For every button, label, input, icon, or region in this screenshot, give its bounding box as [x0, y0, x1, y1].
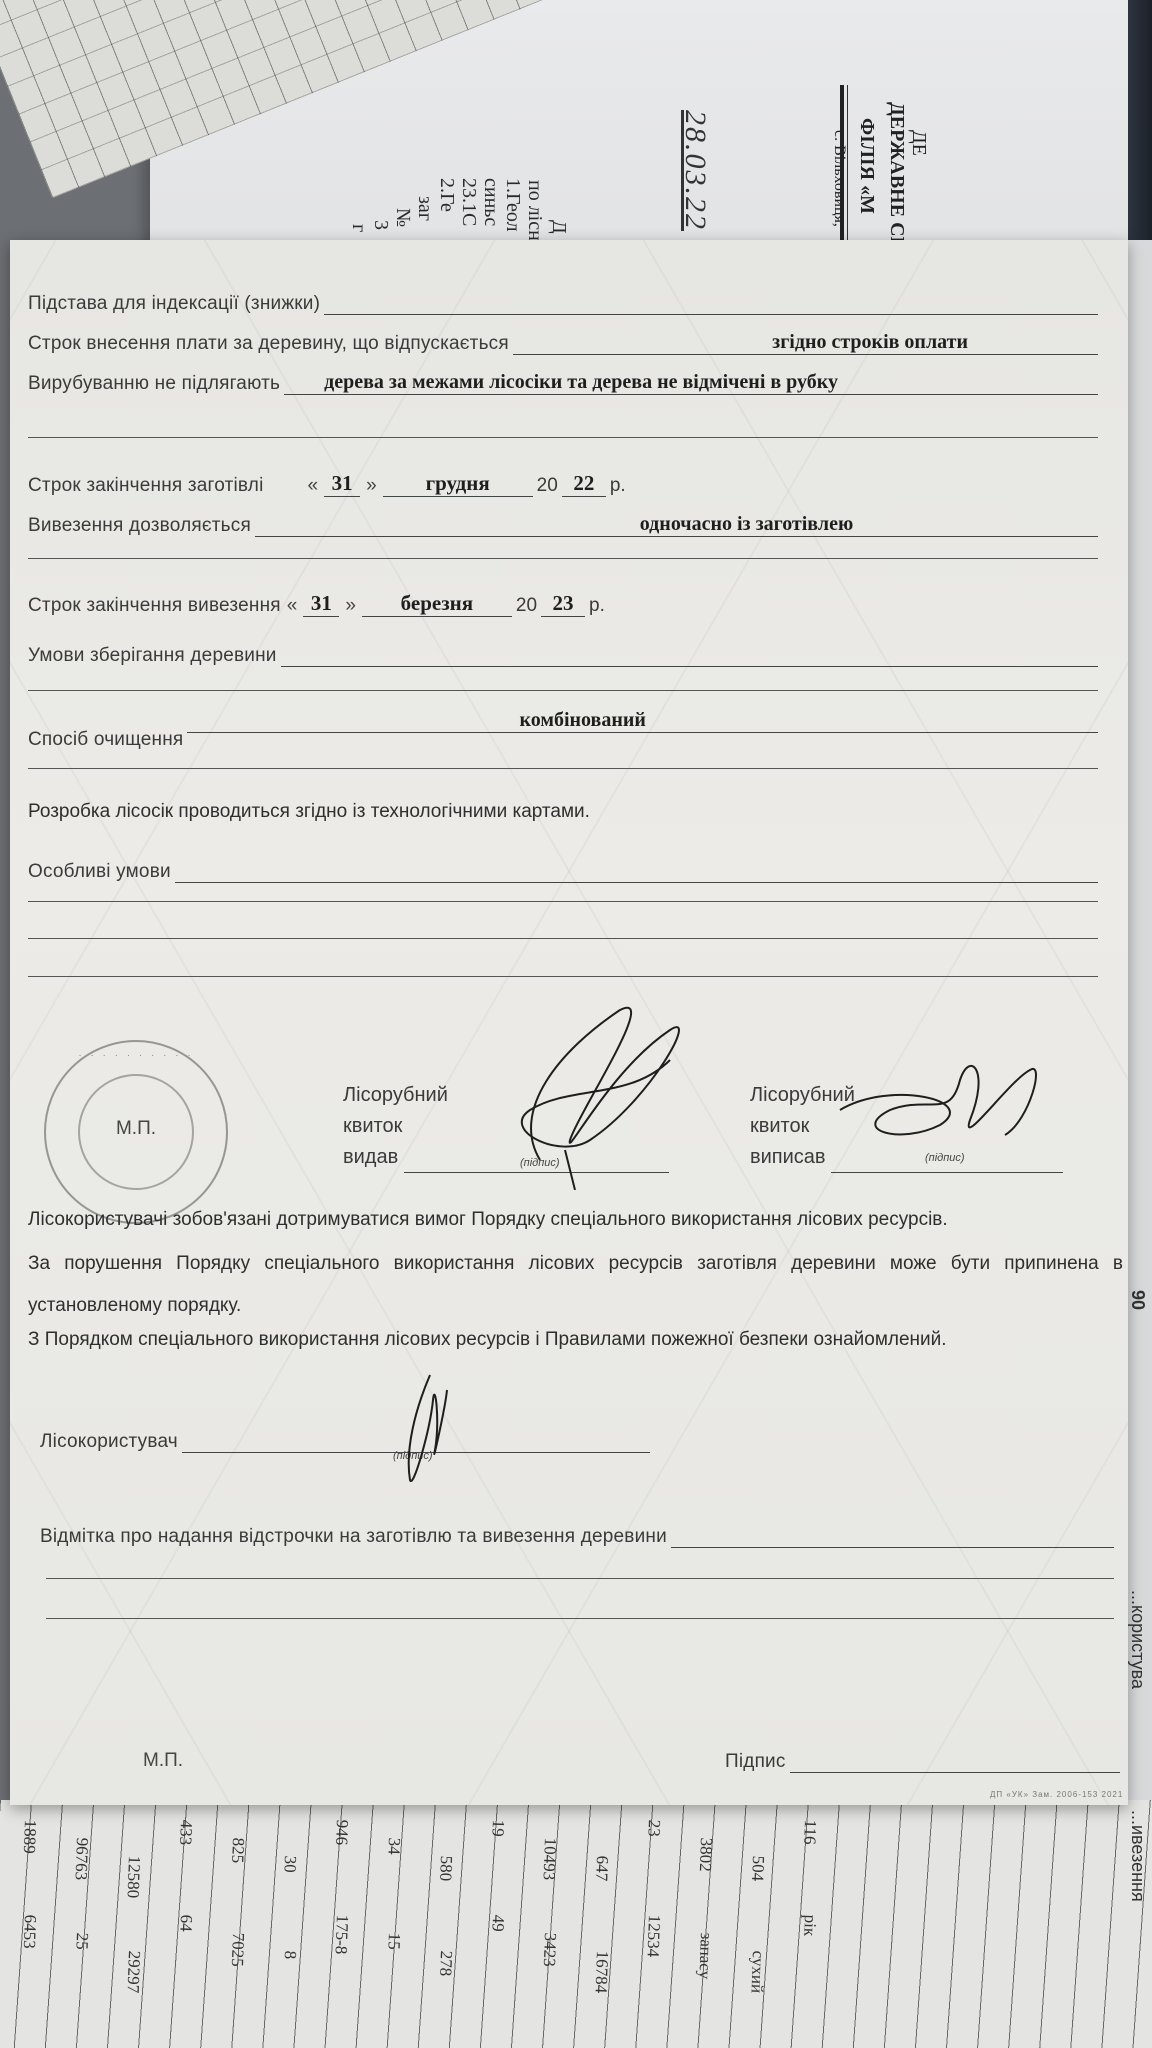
issued-by-line1: Лісорубний — [343, 1080, 669, 1111]
page-number: 90 — [1127, 1290, 1148, 1310]
ledger-cell: 64 — [175, 1914, 196, 1932]
year-field[interactable]: 22 — [562, 472, 606, 497]
field-value[interactable]: одночасно із заготівлею — [255, 514, 1098, 537]
issued-by-line2: квиток — [343, 1111, 669, 1142]
field-label: Відмітка про надання відстрочки на загот… — [40, 1526, 671, 1548]
header-divider — [847, 85, 848, 255]
header-fragment: 2.Ге — [435, 178, 458, 212]
field-label: Умови зберігання деревини — [28, 645, 281, 667]
ledger-cell: 23 — [643, 1819, 664, 1837]
stamp-label: М.П. — [80, 1118, 192, 1140]
quote-open: « — [287, 595, 298, 617]
header-fragment: заг — [413, 196, 436, 221]
day-field[interactable]: 31 — [303, 592, 339, 617]
blank-line — [28, 437, 1098, 438]
acknowledged-text: З Порядком спеціального використання ліс… — [28, 1320, 1128, 1360]
header-fragment: синьс — [479, 178, 502, 226]
ledger-cell: 8 — [280, 1950, 300, 1959]
issued-by-caption: (підпис) — [520, 1157, 560, 1169]
header-line: ДЕРЖАВНЕ СП — [885, 102, 908, 252]
quote-close: » — [366, 475, 377, 497]
field-label: Строк закінчення вивезення — [28, 595, 285, 617]
blank-line — [28, 690, 1098, 691]
harvest-end-date: Строк закінчення заготівлі « 31 » грудня… — [28, 472, 626, 497]
ledger-cell: 3423 — [539, 1932, 560, 1967]
removal-end-date: Строк закінчення вивезення « 31 » березн… — [28, 592, 605, 617]
month-field[interactable]: грудня — [383, 472, 533, 497]
header-line: ДЕ — [907, 130, 930, 156]
field-cleaning-method: Спосіб очищення комбінований — [28, 728, 1098, 751]
ledger-cells: 1889967631258043382530946345801910493647… — [0, 1800, 1152, 2048]
background-right-document: 90 ...користува ...ивезення — [1128, 240, 1152, 1800]
violation-text: За порушення Порядку спеціального викори… — [28, 1243, 1123, 1327]
print-info: ДП «УК» Зам. 2006-153 2021 — [990, 1790, 1123, 1799]
field-value[interactable] — [175, 860, 1098, 883]
ledger-cell: запасу — [694, 1932, 716, 1979]
field-not-for-felling: Вирубуванню не підлягають дерева за межа… — [28, 372, 1098, 395]
field-label: Лісокористувач — [40, 1431, 182, 1453]
written-by-line1: Лісорубний — [750, 1080, 1063, 1111]
written-by-block: Лісорубний квиток виписав — [750, 1080, 1063, 1173]
ledger-cell: 6453 — [19, 1914, 40, 1949]
ledger-cell: 30 — [279, 1855, 300, 1873]
field-value[interactable] — [324, 292, 1098, 315]
ledger-cell: 25 — [71, 1932, 92, 1950]
margin-text: ...користува — [1127, 1590, 1148, 1689]
bottom-stamp-label: М.П. — [143, 1750, 183, 1772]
header-line: с. Вільховиця, — [830, 130, 848, 227]
field-payment-term: Строк внесення плати за деревину, що від… — [28, 332, 1098, 355]
year-field[interactable]: 23 — [541, 592, 585, 617]
ledger-cell: 433 — [175, 1819, 196, 1845]
field-label: Строк внесення плати за деревину, що від… — [28, 333, 513, 355]
header-fragment: по лісн — [523, 180, 546, 241]
field-label: Вирубуванню не підлягають — [28, 373, 284, 395]
field-label: Особливі умови — [28, 861, 175, 883]
field-bottom-signature: Підпис — [725, 1750, 1120, 1773]
blank-line — [28, 938, 1098, 939]
header-fragment: 3 — [369, 220, 392, 230]
field-value[interactable] — [671, 1525, 1114, 1548]
ledger-cell: 116 — [799, 1819, 820, 1845]
field-indexation-basis: Підстава для індексації (знижки) — [28, 292, 1098, 315]
ledger-cell: 12580 — [123, 1855, 144, 1898]
field-value[interactable]: згідно строків оплати — [513, 332, 1098, 355]
year-suffix: р. — [589, 595, 605, 617]
ledger-cell: 647 — [591, 1855, 612, 1881]
ledger-cell: 19 — [487, 1819, 508, 1837]
field-value[interactable]: дерева за межами лісосіки та дерева не в… — [284, 372, 1098, 395]
year-suffix: р. — [610, 475, 626, 497]
written-by-caption: (підпис) — [925, 1152, 965, 1164]
blank-line — [28, 901, 1098, 902]
field-forest-user: Лісокористувач — [40, 1430, 650, 1453]
tech-maps-note: Розробка лісосік проводиться згідно із т… — [28, 792, 1088, 832]
ledger-cell: рік — [799, 1914, 820, 1936]
field-storage-conditions: Умови зберігання деревини — [28, 644, 1098, 667]
century: 20 — [537, 475, 558, 497]
ledger-cell: 16784 — [591, 1950, 612, 1993]
header-fragment: Д — [547, 220, 570, 234]
day-field[interactable]: 31 — [324, 472, 360, 497]
blank-line — [46, 1618, 1114, 1619]
blank-line — [46, 1578, 1114, 1579]
ledger-cell: сухий — [747, 1950, 768, 1993]
logging-ticket-form: Підстава для індексації (знижки) Строк в… — [10, 240, 1128, 1805]
month-field[interactable]: березня — [362, 592, 512, 617]
field-label: Підстава для індексації (знижки) — [28, 293, 324, 315]
field-value[interactable]: комбінований — [187, 710, 1098, 733]
issued-by-block: Лісорубний квиток видав — [343, 1080, 669, 1173]
field-label: Вивезення дозволяється — [28, 515, 255, 537]
margin-text: ...ивезення — [1127, 1810, 1148, 1902]
stamp-inner-ring: М.П. — [78, 1074, 194, 1190]
header-divider — [840, 85, 844, 255]
ledger-cell: 49 — [487, 1914, 508, 1932]
field-label: Строк закінчення заготівлі — [28, 475, 268, 497]
written-by-line3: виписав — [750, 1146, 826, 1168]
forest-user-caption: (підпис) — [393, 1450, 433, 1462]
ledger-cell: 34 — [383, 1837, 404, 1855]
bottom-signature-line[interactable] — [790, 1750, 1120, 1773]
issued-by-line3: видав — [343, 1146, 398, 1168]
obligation-text: Лісокористувачі зобов'язані дотримуватис… — [28, 1200, 1123, 1240]
stamp-ring-text: · · · · · · · · · · — [56, 1050, 216, 1061]
handwritten-date: 28.03.22 — [678, 110, 712, 231]
ledger-cell: 580 — [435, 1855, 456, 1881]
ledger-cell: 29297 — [123, 1950, 144, 1993]
header-fragment: 23.1С — [457, 178, 480, 226]
field-removal-allowed: Вивезення дозволяється одночасно із заго… — [28, 514, 1098, 537]
field-value[interactable] — [281, 644, 1098, 667]
ledger-cell: 10493 — [539, 1837, 560, 1880]
blank-line — [28, 976, 1098, 977]
century: 20 — [516, 595, 537, 617]
background-ledger-table: 1889967631258043382530946345801910493647… — [0, 1800, 1152, 2048]
written-by-line2: квиток — [750, 1111, 1063, 1142]
blank-line — [28, 768, 1098, 769]
field-special-conditions: Особливі умови — [28, 860, 1098, 883]
ledger-cell: 3802 — [695, 1837, 716, 1872]
quote-close: » — [345, 595, 356, 617]
field-label: Підпис — [725, 1751, 790, 1773]
ledger-cell: 825 — [227, 1837, 248, 1863]
header-fragment: г — [347, 224, 370, 232]
ledger-cell: 175-8 — [331, 1914, 352, 1954]
quote-open: « — [308, 475, 319, 497]
official-stamp: · · · · · · · · · · М.П. — [44, 1040, 228, 1224]
ledger-cell: 1889 — [19, 1819, 40, 1854]
field-deferral: Відмітка про надання відстрочки на загот… — [40, 1525, 1114, 1548]
ledger-cell: 12534 — [643, 1914, 664, 1957]
ledger-cell: 96763 — [71, 1837, 92, 1880]
blank-line — [28, 558, 1098, 559]
field-label: Спосіб очищення — [28, 729, 187, 751]
header-fragment: № — [391, 208, 414, 227]
ledger-cell: 7025 — [227, 1932, 248, 1967]
ledger-cell: 15 — [383, 1932, 404, 1950]
ledger-cell: 504 — [747, 1855, 768, 1881]
ledger-cell: 946 — [331, 1819, 352, 1845]
header-line: ФІЛІЯ «М — [855, 118, 878, 214]
header-fragment: 1.Геол — [501, 178, 524, 232]
ledger-cell: 278 — [435, 1950, 456, 1976]
